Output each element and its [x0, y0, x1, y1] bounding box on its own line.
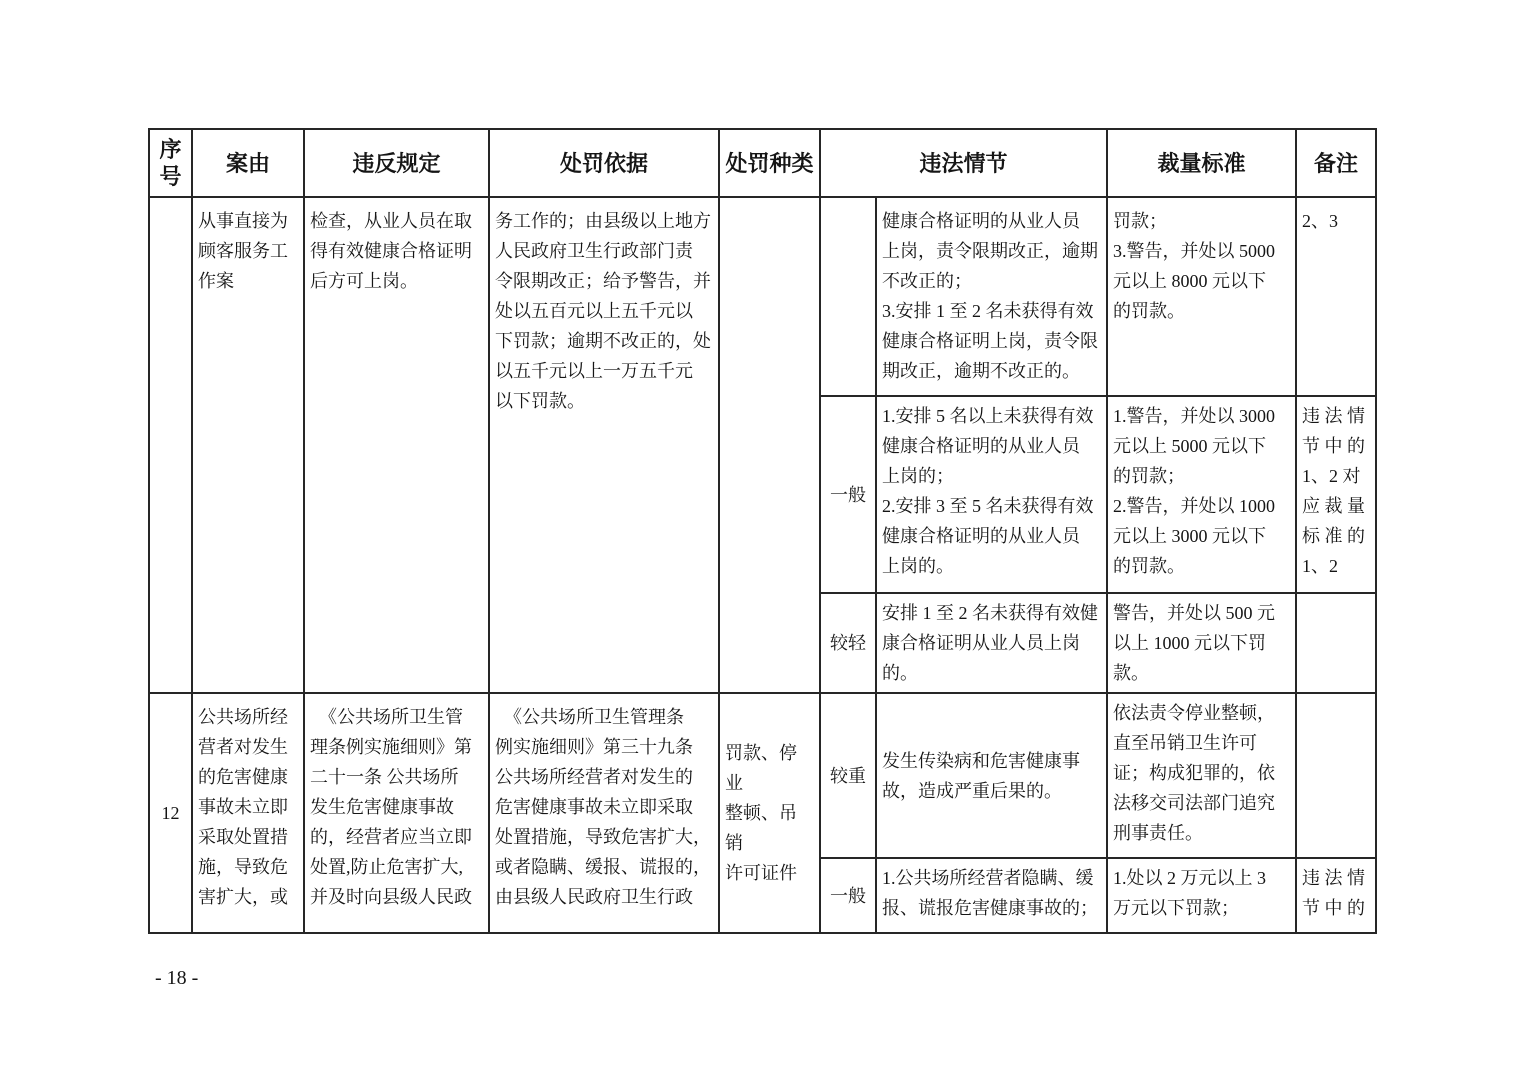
cell-severity-row12-sub1: 较重 [821, 694, 877, 859]
header-circumstance: 违法情节 [821, 130, 1108, 198]
cell-remark-row11-sub3 [1297, 594, 1375, 694]
cell-basis-row11: 务工作的；由县级以上地方 人民政府卫生行政部门责 令限期改正；给予警告，并 处以… [490, 198, 720, 694]
cell-violation-row11: 检查，从业人员在取 得有效健康合格证明 后方可上岗。 [305, 198, 490, 694]
header-remark: 备注 [1297, 130, 1375, 198]
cell-circumstance-row12-sub1: 发生传染病和危害健康事 故，造成严重后果的。 [877, 694, 1108, 859]
penalty-discretion-table: 序 号 案由 违反规定 处罚依据 处罚种类 违法情节 裁量标准 备注 从事直接为… [148, 128, 1377, 934]
document-page: { "page": { "footer_page_number": "- 18 … [0, 0, 1520, 1074]
cell-case-row11: 从事直接为 顾客服务工 作案 [193, 198, 305, 694]
cell-basis-row12: 《公共场所卫生管理条 例实施细则》第三十九条 公共场所经营者对发生的 危害健康事… [490, 694, 720, 932]
cell-circumstance-row12-sub2: 1.公共场所经营者隐瞒、缓 报、谎报危害健康事故的； [877, 859, 1108, 932]
cell-index-row11 [150, 198, 193, 694]
header-penalty-type: 处罚种类 [720, 130, 821, 198]
cell-remark-row12-sub2: 违 法 情 节 中 的 [1297, 859, 1375, 932]
cell-standard-row12-sub2: 1.处以 2 万元以上 3 万元以下罚款； [1108, 859, 1297, 932]
cell-standard-row11-sub3: 警告，并处以 500 元 以上 1000 元以下罚 款。 [1108, 594, 1297, 694]
cell-penalty-type-row11 [720, 198, 821, 694]
cell-standard-row11-sub2: 1.警告，并处以 3000 元以上 5000 元以下 的罚款； 2.警告，并处以… [1108, 397, 1297, 594]
cell-penalty-type-row12: 罚款、停业 整顿、吊销 许可证件 [720, 694, 821, 932]
cell-severity-row11-sub2: 一般 [821, 397, 877, 594]
cell-circumstance-row11-sub2: 1.安排 5 名以上未获得有效 健康合格证明的从业人员 上岗的； 2.安排 3 … [877, 397, 1108, 594]
page-number: - 18 - [155, 966, 198, 990]
header-standard: 裁量标准 [1108, 130, 1297, 198]
header-violation: 违反规定 [305, 130, 490, 198]
cell-circumstance-row11-sub1: 健康合格证明的从业人员 上岗，责令限期改正，逾期 不改正的； 3.安排 1 至 … [877, 198, 1108, 397]
cell-standard-row11-sub1: 罚款； 3.警告，并处以 5000 元以上 8000 元以下 的罚款。 [1108, 198, 1297, 397]
cell-severity-row11-sub3: 较轻 [821, 594, 877, 694]
header-basis: 处罚依据 [490, 130, 720, 198]
cell-index-row12: 12 [150, 694, 193, 932]
cell-remark-row12-sub1 [1297, 694, 1375, 859]
cell-case-row12: 公共场所经 营者对发生 的危害健康 事故未立即 采取处置措 施，导致危 害扩大，… [193, 694, 305, 932]
cell-violation-row12: 《公共场所卫生管 理条例实施细则》第 二十一条 公共场所 发生危害健康事故 的，… [305, 694, 490, 932]
header-index: 序 号 [150, 130, 193, 198]
cell-severity-row12-sub2: 一般 [821, 859, 877, 932]
cell-severity-row11-sub1 [821, 198, 877, 397]
cell-standard-row12-sub1: 依法责令停业整顿， 直至吊销卫生许可 证；构成犯罪的，依 法移交司法部门追究 刑… [1108, 694, 1297, 859]
cell-remark-row11-sub2: 违 法 情 节 中 的 1、2 对 应 裁 量 标 准 的 1、2 [1297, 397, 1375, 594]
cell-remark-row11-sub1: 2、3 [1297, 198, 1375, 397]
cell-circumstance-row11-sub3: 安排 1 至 2 名未获得有效健 康合格证明从业人员上岗 的。 [877, 594, 1108, 694]
header-case: 案由 [193, 130, 305, 198]
